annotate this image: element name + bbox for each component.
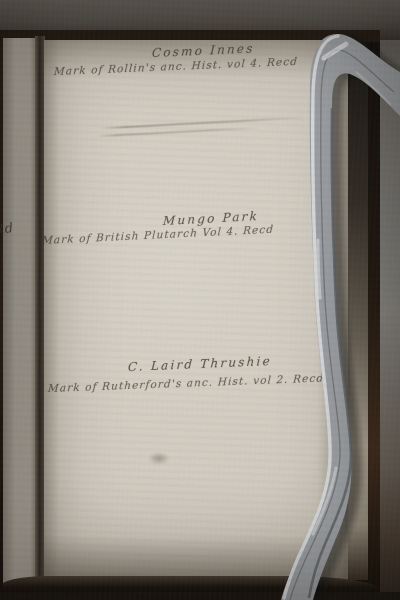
manuscript-photo: Cosmo Innes Mark of Rollin's anc. Hist. … bbox=[0, 0, 400, 600]
bookmark-ribbon bbox=[0, 0, 400, 600]
